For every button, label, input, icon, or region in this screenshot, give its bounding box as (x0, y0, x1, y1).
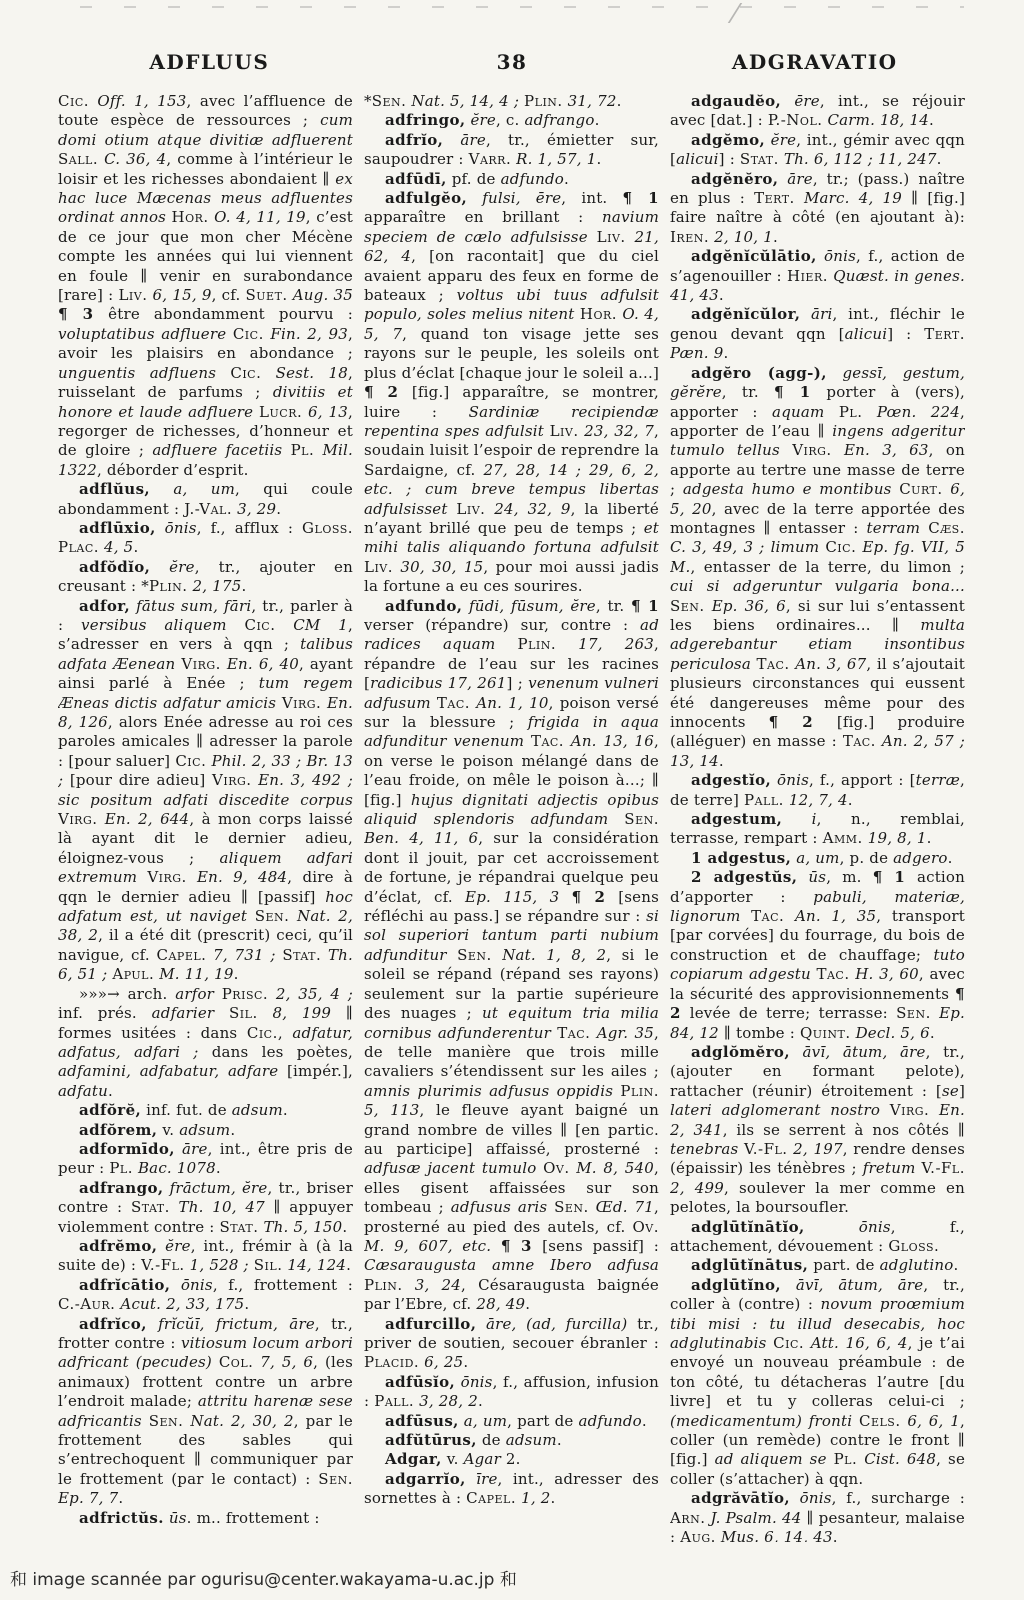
dictionary-entry: adgĕro (agg-), gessī, gestum, gĕrĕre, tr… (670, 364, 965, 772)
dictionary-entry: 1 adgestus, a, um, p. de adgero. (670, 849, 965, 868)
dictionary-entry: adfrĭo, āre, tr., émietter sur, saupoudr… (364, 131, 659, 170)
entry-continuation: Cic. Off. 1, 153, avec l’affluence de to… (58, 92, 353, 480)
dictionary-entry: adgĕmo, ĕre, int., gémir avec qqn [alicu… (670, 131, 965, 170)
dictionary-entry: »»»→ arch. arfor Prisc. 2, 35, 4 ; inf. … (58, 985, 353, 1101)
dictionary-entry: adfundo, fūdi, fūsum, ĕre, tr. ¶ 1 verse… (364, 597, 659, 1315)
dictionary-entry: adfor, fātus sum, fāri, tr., parler à : … (58, 597, 353, 985)
dictionary-entry: adfrictŭs. ūs. m.. frottement : (58, 1509, 353, 1528)
running-head-left: ADFLUUS (58, 50, 361, 74)
dictionary-entry: adfrĭcātio, ōnis, f., frottement : C.-Au… (58, 1276, 353, 1315)
dictionary-entry: adgestĭo, ōnis, f., apport : [terræ, de … (670, 771, 965, 810)
page-number: 38 (361, 50, 664, 74)
dictionary-entry: adfŏrĕ, inf. fut. de adsum. (58, 1101, 353, 1120)
dictionary-entry: adgĕnĕro, āre, tr.; (pass.) naître en pl… (670, 170, 965, 248)
dictionary-entry: 2 adgestŭs, ūs, m. ¶ 1 action d’apporter… (670, 868, 965, 1043)
dictionary-entry: adfŏrem, v. adsum. (58, 1121, 353, 1140)
dictionary-entry: adgarrĭo, īre, int., adresser des sornet… (364, 1470, 659, 1509)
dictionary-entry: adfulgĕo, fulsi, ēre, int. ¶ 1 apparaîtr… (364, 189, 659, 597)
dictionary-entry: adfūsĭo, ōnis, f., affusion, infusion : … (364, 1373, 659, 1412)
dictionary-entry: adgrăvātĭo, ōnis, f., surcharge : Arn. J… (670, 1489, 965, 1542)
page-header: ADFLUUS 38 ADGRAVATIO (58, 50, 966, 74)
dictionary-entry: adfrango, frāctum, ĕre, tr., briser cont… (58, 1179, 353, 1237)
dictionary-entry: adfrĭco, frĭcŭī, frictum, āre, tr., frot… (58, 1315, 353, 1509)
dictionary-entry: adfurcillo, āre, (ad, furcilla) tr., pri… (364, 1315, 659, 1373)
dictionary-entry: adgĕnĭcŭlātio, ōnis, f., action de s’age… (670, 247, 965, 305)
column-3: adgaudĕo, ēre, int., se réjouir avec [da… (670, 92, 965, 1542)
dictionary-entry: adfūsus, a, um, part de adfundo. (364, 1412, 659, 1431)
dictionary-entry: adfrĕmo, ĕre, int., frémir à (à la suite… (58, 1237, 353, 1276)
scan-artifact-dashes (80, 6, 964, 8)
dictionary-entry: adglūtĭnātĭo, ōnis, f., attachement, dév… (670, 1218, 965, 1257)
column-2: *Sen. Nat. 5, 14, 4 ; Plin. 31, 72.adfri… (364, 92, 659, 1542)
running-head-right: ADGRAVATIO (663, 50, 966, 74)
dictionary-page: ADFLUUS 38 ADGRAVATIO Cic. Off. 1, 153, … (0, 0, 1024, 1600)
dictionary-entry: adformīdo, āre, int., être pris de peur … (58, 1140, 353, 1179)
entry-continuation: *Sen. Nat. 5, 14, 4 ; Plin. 31, 72. (364, 92, 659, 111)
column-1: Cic. Off. 1, 153, avec l’affluence de to… (58, 92, 353, 1542)
dictionary-entry: Adgar, v. Agar 2. (364, 1450, 659, 1469)
scan-credit-caption: 和 image scannée par ogurisu@center.wakay… (10, 1565, 517, 1590)
dictionary-entry: adglūtĭnātus, part. de adglutino. (670, 1256, 965, 1275)
dictionary-entry: adfŭtūrus, de adsum. (364, 1431, 659, 1450)
dictionary-entry: adflŭus, a, um, qui coule abondamment : … (58, 480, 353, 519)
dictionary-entry: adgaudĕo, ēre, int., se réjouir avec [da… (670, 92, 965, 131)
dictionary-entry: adfŏdĭo, ĕre, tr., ajouter en creusant :… (58, 558, 353, 597)
dictionary-entry: adglūtĭno, āvī, ātum, āre, tr., coller à… (670, 1276, 965, 1489)
text-columns: Cic. Off. 1, 153, avec l’affluence de to… (58, 92, 965, 1542)
dictionary-entry: adfringo, ĕre, c. adfrango. (364, 111, 659, 130)
dictionary-entry: adgĕnĭcŭlor, āri, int., fléchir le genou… (670, 305, 965, 363)
dictionary-entry: adflūxio, ōnis, f., afflux : Gloss. Plac… (58, 519, 353, 558)
dictionary-entry: adglŏmĕro, āvī, ātum, āre, tr., (ajouter… (670, 1043, 965, 1218)
dictionary-entry: adgestum, i, n., remblai, terrasse, remp… (670, 810, 965, 849)
dictionary-entry: adfūdī, pf. de adfundo. (364, 170, 659, 189)
